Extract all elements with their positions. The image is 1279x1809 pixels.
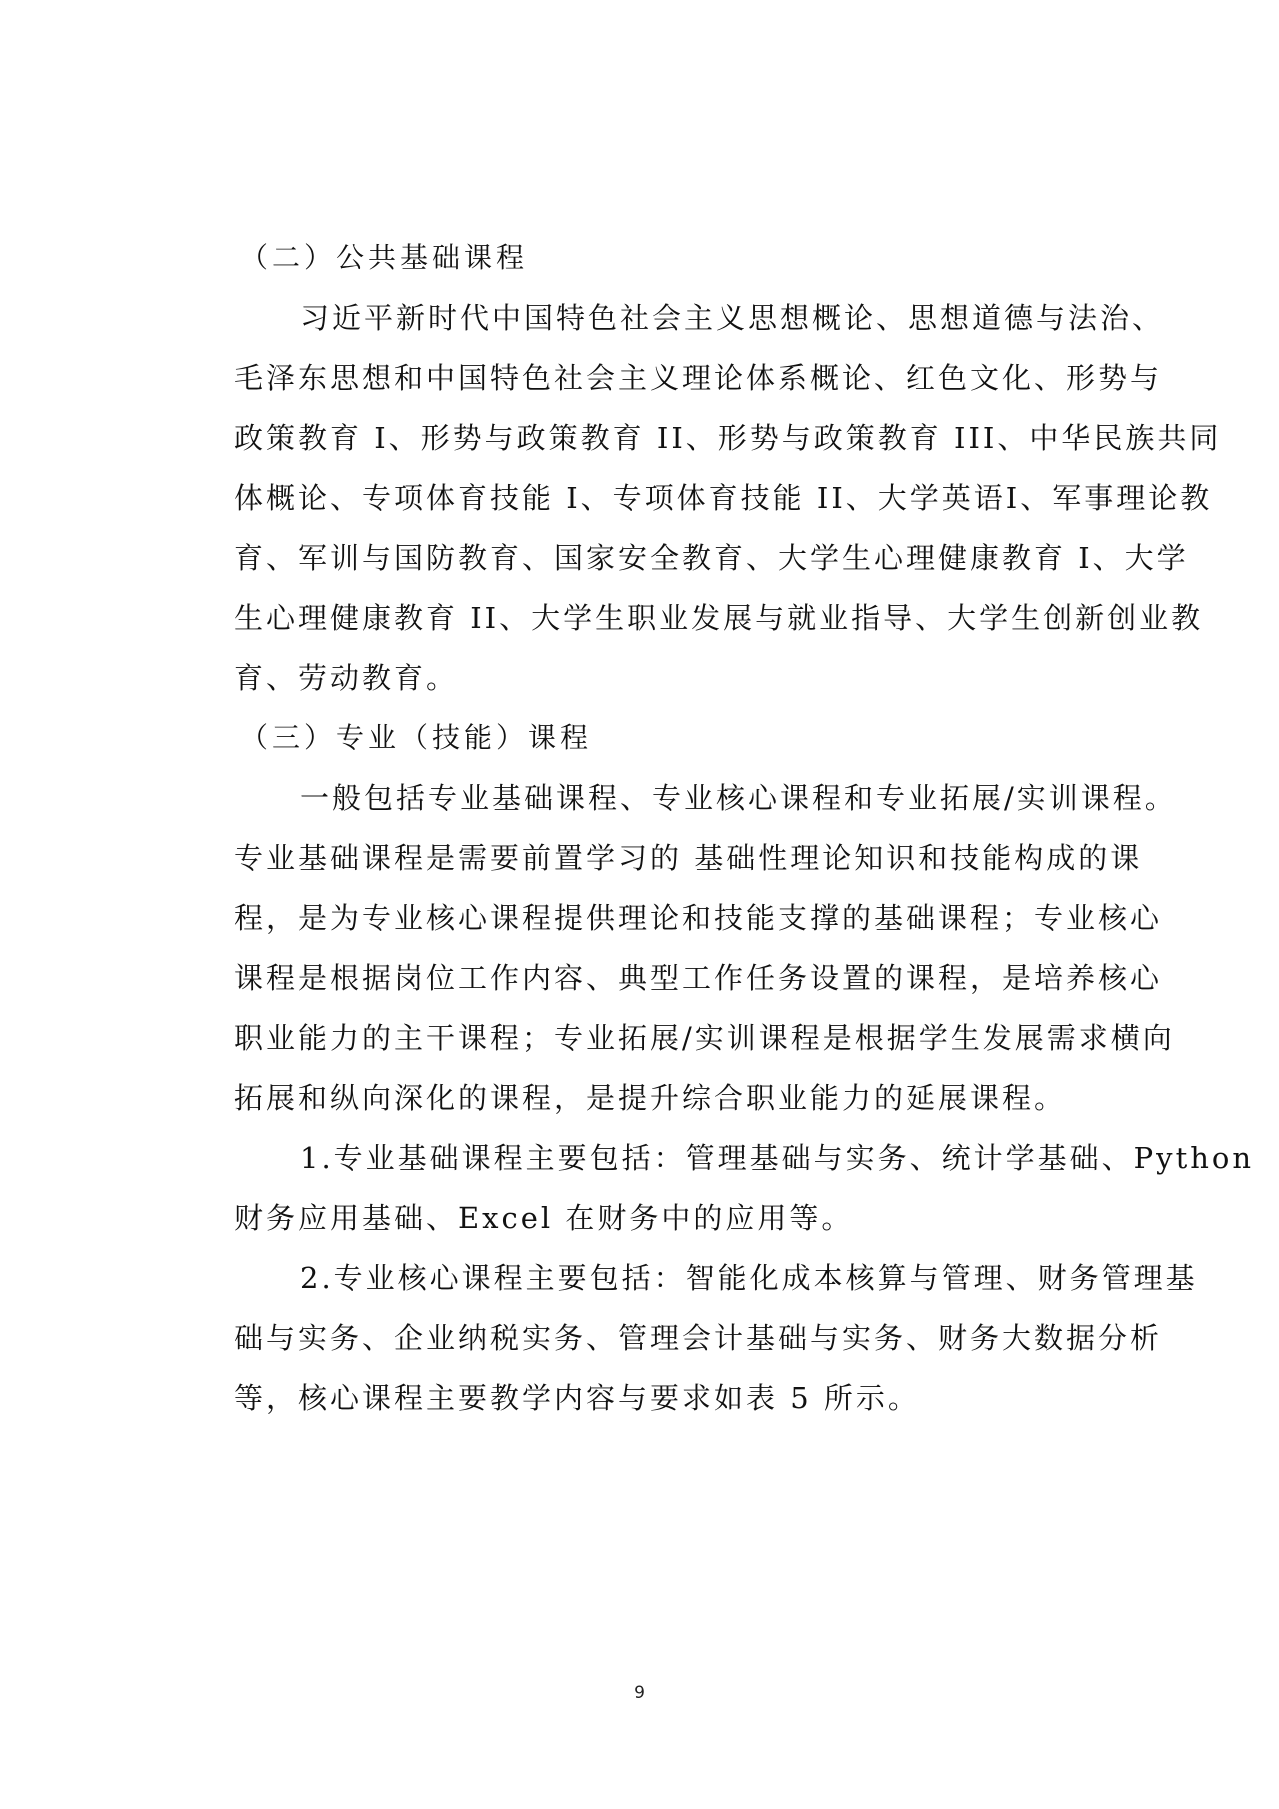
section-heading: （二）公共基础课程 <box>168 228 1123 288</box>
text-line: 毛泽东思想和中国特色社会主义理论体系概论、红色文化、形势与 <box>168 348 1123 408</box>
text-line: 础与实务、企业纳税实务、管理会计基础与实务、财务大数据分析 <box>168 1308 1123 1368</box>
text-line: 习近平新时代中国特色社会主义思想概论、思想道德与法治、 <box>168 288 1123 348</box>
text-line: 等，核心课程主要教学内容与要求如表 5 所示。 <box>168 1368 1123 1428</box>
paragraph-basic-courses-list: 1.专业基础课程主要包括：管理基础与实务、统计学基础、Python 财务应用基础… <box>168 1128 1123 1248</box>
text-line: 育、军训与国防教育、国家安全教育、大学生心理健康教育 I、大学 <box>168 528 1123 588</box>
text-line: 专业基础课程是需要前置学习的 基础性理论知识和技能构成的课 <box>168 828 1123 888</box>
paragraph: 一般包括专业基础课程、专业核心课程和专业拓展/实训课程。 专业基础课程是需要前置… <box>168 768 1123 1128</box>
text-line: 程，是为专业核心课程提供理论和技能支撑的基础课程；专业核心 <box>168 888 1123 948</box>
text-line: 财务应用基础、Excel 在财务中的应用等。 <box>168 1188 1123 1248</box>
section-public-basic-courses: （二）公共基础课程 习近平新时代中国特色社会主义思想概论、思想道德与法治、 毛泽… <box>168 228 1123 708</box>
text-line: 1.专业基础课程主要包括：管理基础与实务、统计学基础、Python <box>168 1128 1123 1188</box>
text-line: 课程是根据岗位工作内容、典型工作任务设置的课程，是培养核心 <box>168 948 1123 1008</box>
text-line: 2.专业核心课程主要包括：智能化成本核算与管理、财务管理基 <box>168 1248 1123 1308</box>
paragraph: 习近平新时代中国特色社会主义思想概论、思想道德与法治、 毛泽东思想和中国特色社会… <box>168 288 1123 708</box>
document-page: （二）公共基础课程 习近平新时代中国特色社会主义思想概论、思想道德与法治、 毛泽… <box>0 0 1279 1809</box>
text-line: 体概论、专项体育技能 I、专项体育技能 II、大学英语I、军事理论教 <box>168 468 1123 528</box>
text-line: 拓展和纵向深化的课程，是提升综合职业能力的延展课程。 <box>168 1068 1123 1128</box>
section-professional-courses: （三）专业（技能）课程 一般包括专业基础课程、专业核心课程和专业拓展/实训课程。… <box>168 708 1123 1428</box>
text-line: 一般包括专业基础课程、专业核心课程和专业拓展/实训课程。 <box>168 768 1123 828</box>
paragraph-core-courses-list: 2.专业核心课程主要包括：智能化成本核算与管理、财务管理基 础与实务、企业纳税实… <box>168 1248 1123 1428</box>
section-heading: （三）专业（技能）课程 <box>168 708 1123 768</box>
page-number: 9 <box>0 1683 1279 1703</box>
text-line: 职业能力的主干课程；专业拓展/实训课程是根据学生发展需求横向 <box>168 1008 1123 1068</box>
page-body: （二）公共基础课程 习近平新时代中国特色社会主义思想概论、思想道德与法治、 毛泽… <box>168 228 1123 1428</box>
text-line: 政策教育 I、形势与政策教育 II、形势与政策教育 III、中华民族共同 <box>168 408 1123 468</box>
text-line: 生心理健康教育 II、大学生职业发展与就业指导、大学生创新创业教 <box>168 588 1123 648</box>
text-line: 育、劳动教育。 <box>168 648 1123 708</box>
